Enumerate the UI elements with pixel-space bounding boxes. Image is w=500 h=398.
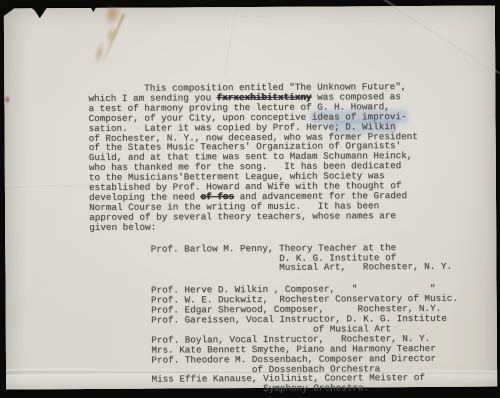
crease-line bbox=[5, 183, 97, 187]
typewritten-text: This composition entitled "The Unknown F… bbox=[88, 82, 458, 396]
text-segment: Musical Art, Rochester, N. Y. bbox=[89, 261, 452, 274]
crease-line bbox=[223, 9, 235, 75]
text-line: Symphony Orchestra. bbox=[90, 383, 458, 395]
document-paper: This composition entitled "The Unknown F… bbox=[4, 6, 497, 390]
torn-corner bbox=[2, 6, 17, 17]
text-segment: given below: bbox=[89, 221, 156, 232]
torn-nick bbox=[90, 6, 97, 12]
torn-notch bbox=[30, 6, 48, 18]
photo-background: { "scene": { "background_color": "#0b0b0… bbox=[0, 0, 500, 398]
crease-line bbox=[372, 0, 499, 74]
text-line: Musical Art, Rochester, N. Y. bbox=[89, 262, 457, 274]
text-segment: Symphony Orchestra. bbox=[90, 383, 369, 396]
paper-stain-speck bbox=[5, 96, 9, 102]
